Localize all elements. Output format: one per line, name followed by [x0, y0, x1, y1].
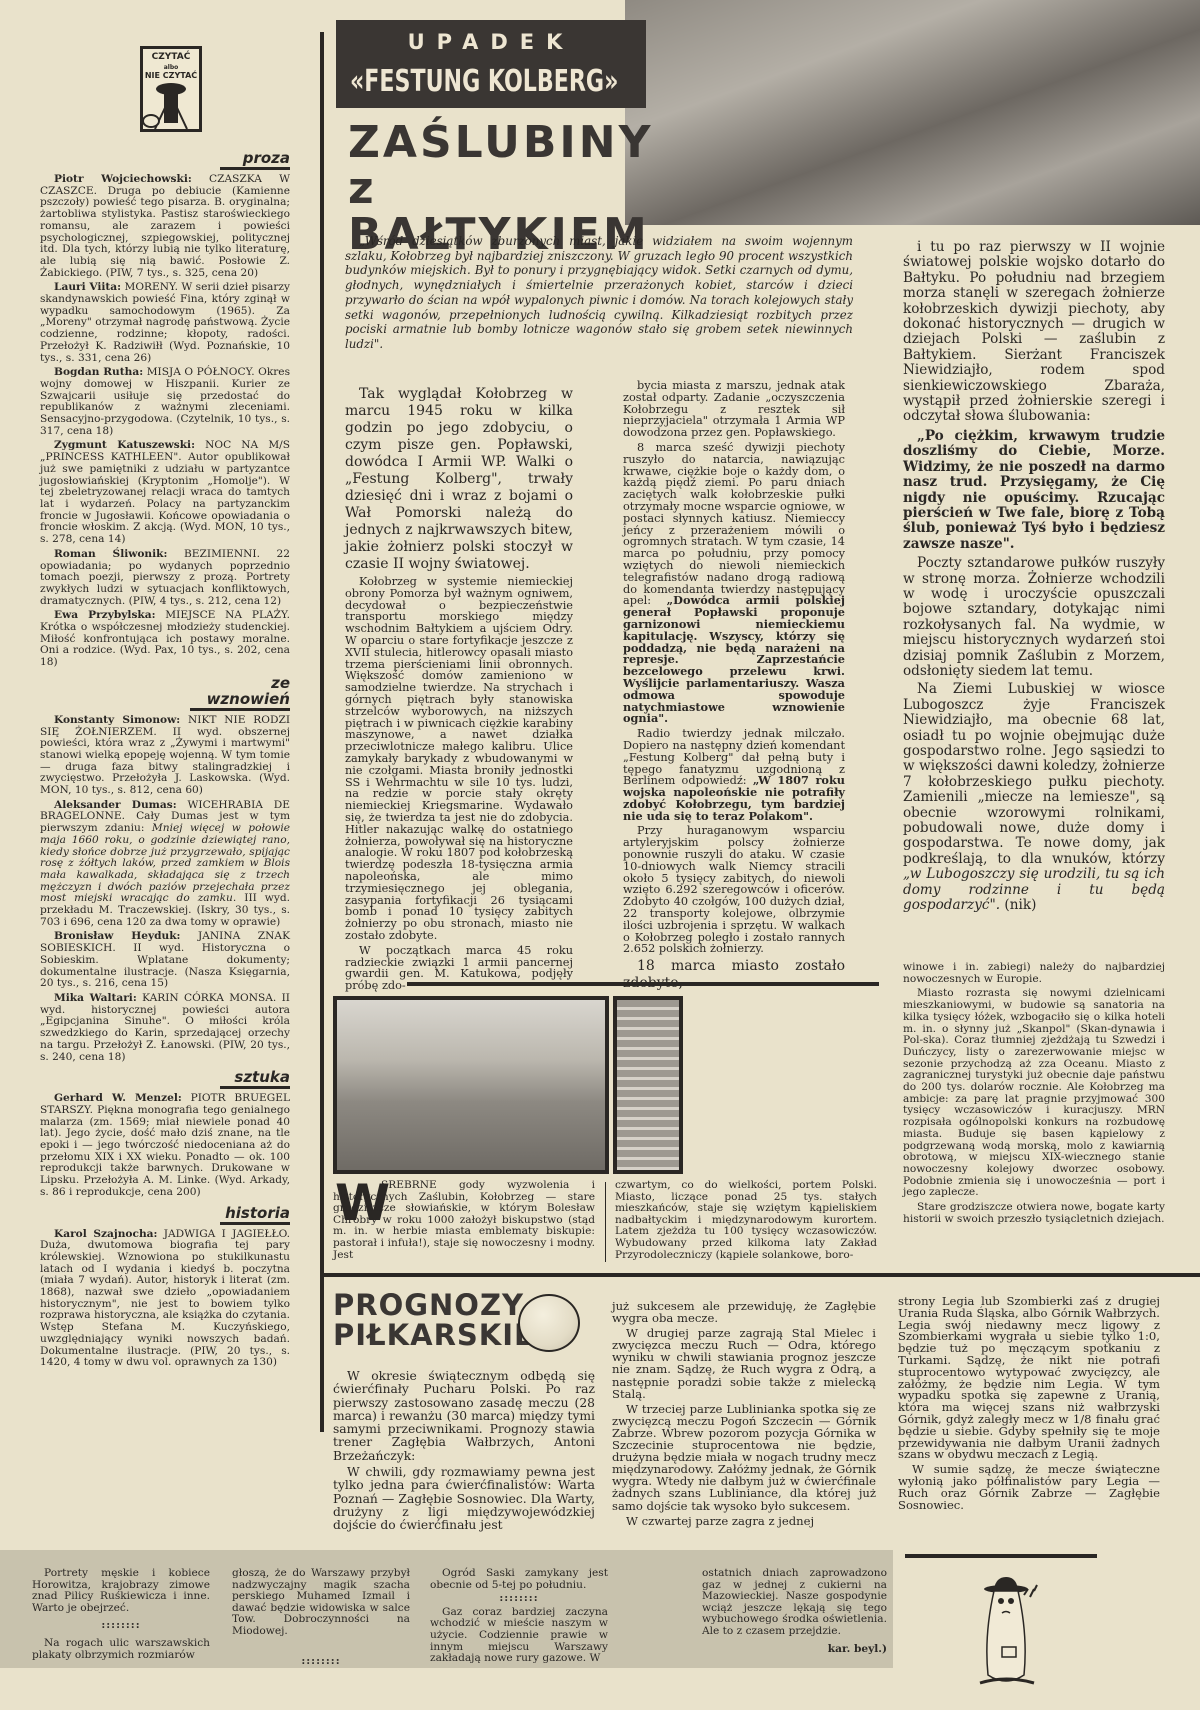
section-heading-proza: proza: [220, 150, 290, 170]
strip-column-2: głoszą, że do Warszawy przybył nadzwycza…: [232, 1568, 410, 1673]
review-item: Lauri Viita: MORENY. W serii dzieł pisar…: [40, 282, 290, 364]
article-intro: Tak wyglądał Kołobrzeg w marcu 1945 roku…: [345, 386, 573, 573]
section-divider: [905, 1554, 1097, 1558]
kicker-band: UPADEK «FESTUNG KOLBERG»: [336, 20, 646, 108]
football-column-1: W okresie świątecznym odbędą się ćwierćf…: [333, 1370, 595, 1536]
review-item: Ewa Przybylska: MIEJSCE NA PLAŻY. Krótka…: [40, 610, 290, 669]
strip-column-3: Ogród Saski zamykany jest obecnie od 5-t…: [430, 1568, 608, 1665]
box-column-3: winowe i in. zabiegi) należy do najbardz…: [903, 962, 1165, 1228]
article-frame-rule: [320, 32, 324, 1432]
section-heading-historia: historia: [220, 1205, 290, 1225]
hotel-photo: [613, 996, 683, 1174]
srebrne-gody-box: W SREBRNE gody wyzwolenia i historycznyc…: [333, 1180, 878, 1270]
oath-quote: „Po ciężkim, krwawym trudzie doszliśmy d…: [903, 429, 1165, 552]
review-item: Piotr Wojciechowski: CZASZKA W CZASZCE. …: [40, 174, 290, 279]
review-item: Karol Szajnocha: JADWIGA I JAGIEŁŁO. Duż…: [40, 1229, 290, 1369]
czytac-logo: CZYTAĆ albo NIE CZYTAĆ: [140, 46, 202, 132]
review-item: Bronisław Heyduk: JANINA ZNAK SOBIESKICH…: [40, 931, 290, 990]
football-column-2: już sukcesem ale przewiduję, że Zagłębie…: [612, 1300, 876, 1530]
football-column-3: strony Legia lub Szombierki zaś z drugie…: [898, 1296, 1160, 1514]
football-title: PROGNOZY PIŁKARSKIE: [333, 1290, 535, 1350]
review-item: Konstanty Simonow: NIKT NIE RODZI SIĘ ŻO…: [40, 715, 290, 797]
article-column-1: Tak wyglądał Kołobrzeg w marcu 1945 roku…: [345, 386, 573, 995]
review-item: Bogdan Rutha: MISJA O PÓŁNOCY. Okres woj…: [40, 367, 290, 437]
review-item: Zygmunt Katuszewski: NOC NA M/S „PRINCES…: [40, 440, 290, 545]
ruins-photo: [625, 0, 1200, 225]
article-lead-quote: „Wśród dziesiątków zburzonych miast, jak…: [345, 234, 853, 352]
column-divider: [605, 1182, 606, 1262]
book-reviews-column: CZYTAĆ albo NIE CZYTAĆ proza Piotr Wojci…: [40, 0, 290, 1500]
article-column-3: i tu po raz pierwszy w II wojnie światow…: [903, 240, 1165, 916]
kicker-title: «FESTUNG KOLBERG»: [350, 64, 593, 99]
section-heading-ze-wznowien: ze wznowień: [190, 675, 290, 711]
section-divider: [407, 982, 879, 986]
byline: (nik): [1004, 897, 1036, 913]
section-heading-sztuka: sztuka: [220, 1069, 290, 1089]
kicker: UPADEK: [336, 30, 646, 54]
strip-column-4: ostatnich dniach zaprowadzono gaz w jedn…: [702, 1568, 887, 1655]
football-icon: [518, 1294, 580, 1352]
strip-column-1: Portrety męskie i kobiece Horowitza, kra…: [32, 1568, 210, 1661]
old-warsaw-news-strip: Portrety męskie i kobiece Horowitza, kra…: [0, 1550, 893, 1668]
box-bottom-rule: [322, 1273, 1200, 1277]
harbor-photo: [333, 996, 609, 1174]
article-column-2: bycia miasta z marszu, jednak atak zosta…: [623, 380, 845, 995]
review-item: Roman Śliwonik: BEZIMIENNI. 22 opowiadan…: [40, 549, 290, 608]
painter-palette-icon: [143, 81, 199, 131]
review-item: Gerhard W. Menzel: PIOTR BRUEGEL STARSZY…: [40, 1093, 290, 1198]
review-item: Aleksander Dumas: WICEHRABIA DE BRAGELON…: [40, 800, 290, 929]
review-item: Mika Waltari: KARIN CÓRKA MONSA. II wyd.…: [40, 993, 290, 1063]
cartoon-credit: kar. beyl.): [702, 1644, 887, 1656]
gentleman-cartoon-icon: [972, 1575, 1042, 1693]
